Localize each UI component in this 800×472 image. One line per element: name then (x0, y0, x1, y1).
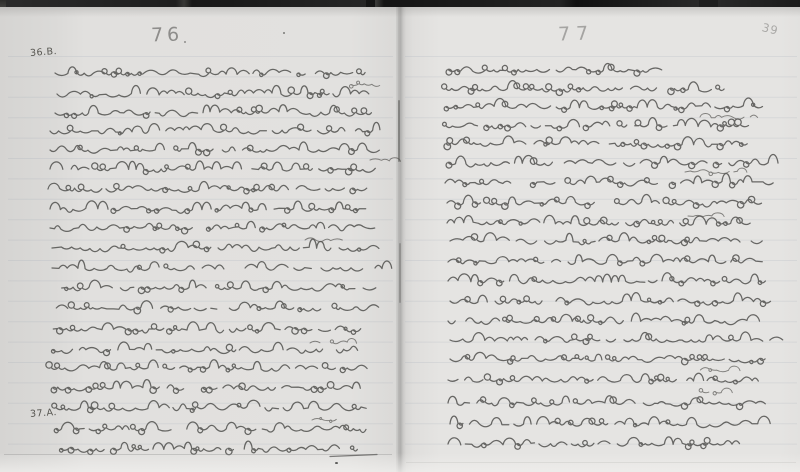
interlinear-insertion (349, 81, 387, 88)
interlinear-insertion (310, 338, 357, 343)
ink-speck (335, 462, 338, 464)
handwritten-line (448, 313, 759, 325)
handwritten-line (450, 416, 770, 428)
handwritten-line (50, 201, 366, 214)
handwritten-line (52, 260, 392, 272)
interlinear-insertion (685, 168, 747, 175)
handwritten-text-left (46, 67, 401, 457)
interlinear-insertion (700, 113, 758, 119)
ruled-lines (8, 57, 797, 445)
interlinear-insertion (688, 213, 724, 217)
handwritten-line (50, 142, 379, 156)
manuscript-scan: 76 77 39 36.B. 37.A. (0, 0, 800, 472)
page-number-left: 76 (151, 23, 184, 46)
scan-bottom-fade (0, 453, 800, 472)
handwritten-line (447, 215, 756, 226)
handwritten-line (446, 154, 778, 168)
handwritten-line (448, 437, 740, 450)
handwritten-line (444, 98, 762, 113)
handwritten-line (448, 273, 765, 286)
margin-note-bottom: 37.A. (30, 407, 58, 420)
handwritten-text-right (442, 63, 783, 449)
handwritten-line (448, 396, 765, 410)
handwritten-line (445, 173, 773, 188)
handwritten-line (53, 322, 360, 335)
handwritten-line (48, 181, 367, 193)
handwritten-line (450, 293, 771, 307)
handwritten-line (56, 301, 378, 314)
margin-note-top: 36.B. (30, 46, 58, 59)
page-number-dot (184, 41, 186, 43)
handwritten-line (51, 342, 357, 356)
handwritten-line (446, 63, 662, 76)
handwritten-line (57, 85, 369, 98)
handwritten-line (62, 280, 376, 293)
handwritten-line (443, 118, 755, 131)
handwritten-line (50, 122, 380, 135)
page-number-right: 77 (558, 22, 595, 45)
handwritten-line (51, 380, 360, 394)
handwritten-line (52, 239, 379, 253)
handwritten-line (450, 233, 762, 246)
handwritten-line (50, 161, 375, 175)
handwritten-line (52, 400, 366, 413)
ink-speck (283, 32, 285, 34)
interlinear-insertion (312, 417, 336, 422)
interlinear-insertion (700, 366, 740, 372)
handwritten-line (447, 195, 761, 210)
interlinear-insertion (699, 388, 732, 395)
handwriting-layer (0, 0, 800, 472)
handwritten-line (55, 105, 371, 119)
handwritten-line (50, 221, 375, 233)
handwritten-line (442, 81, 724, 96)
handwritten-line (46, 360, 367, 373)
